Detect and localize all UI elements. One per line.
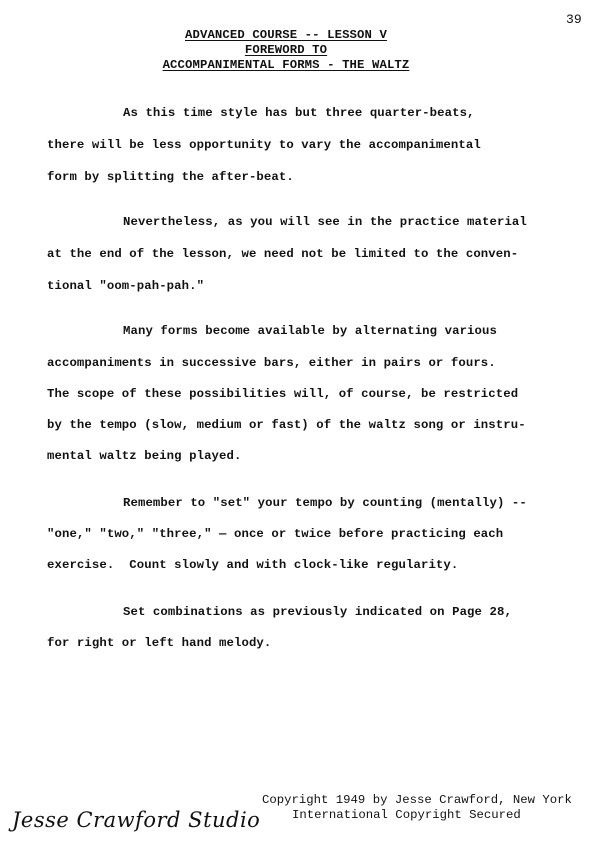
- heading-line-2: FOREWORD TO: [100, 43, 472, 57]
- studio-signature: Jesse Crawford Studio: [12, 808, 260, 832]
- paragraph-3-line-5: mental waltz being played.: [47, 449, 241, 463]
- paragraph-4-line-3: exercise. Count slowly and with clock-li…: [47, 558, 458, 572]
- paragraph-4-line-1: Remember to "set" your tempo by counting…: [123, 496, 527, 510]
- paragraph-2-line-2: at the end of the lesson, we need not be…: [47, 247, 518, 261]
- heading-line-1: ADVANCED COURSE -- LESSON V: [100, 28, 472, 42]
- page-number: 39: [566, 12, 582, 27]
- paragraph-2-line-1: Nevertheless, as you will see in the pra…: [123, 215, 527, 229]
- paragraph-4-line-2: "one," "two," "three," — once or twice b…: [47, 527, 503, 541]
- copyright-line-2: International Copyright Secured: [292, 808, 521, 822]
- paragraph-3-line-3: The scope of these possibilities will, o…: [47, 387, 518, 401]
- paragraph-1-line-1: As this time style has but three quarter…: [123, 106, 475, 120]
- paragraph-3-line-1: Many forms become available by alternati…: [123, 324, 497, 338]
- paragraph-1-line-2: there will be less opportunity to vary t…: [47, 138, 481, 152]
- heading-line-3: ACCOMPANIMENTAL FORMS - THE WALTZ: [100, 58, 472, 72]
- paragraph-3-line-2: accompaniments in successive bars, eithe…: [47, 356, 496, 370]
- paragraph-5-line-2: for right or left hand melody.: [47, 636, 271, 650]
- copyright-line-1: Copyright 1949 by Jesse Crawford, New Yo…: [262, 793, 572, 807]
- paragraph-2-line-3: tional "oom-pah-pah.": [47, 279, 204, 293]
- paragraph-3-line-4: by the tempo (slow, medium or fast) of t…: [47, 418, 526, 432]
- paragraph-1-line-3: form by splitting the after-beat.: [47, 170, 294, 184]
- paragraph-5-line-1: Set combinations as previously indicated…: [123, 605, 512, 619]
